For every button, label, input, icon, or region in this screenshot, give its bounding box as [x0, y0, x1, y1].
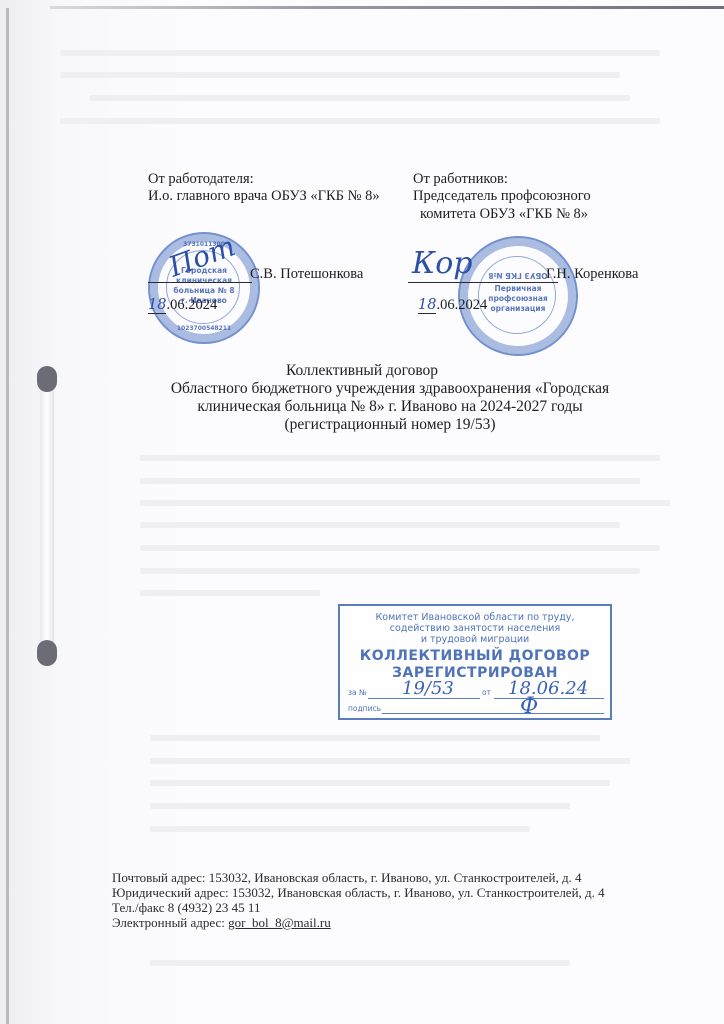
union-signature-line — [408, 282, 558, 283]
page-edge-left — [6, 8, 9, 1024]
email-line: Электронный адрес: gor_bol_8@mail.ru — [112, 915, 331, 930]
employees-label: От работников: — [413, 171, 508, 188]
document-title: Коллективный договор — [0, 362, 724, 379]
employer-date: 18.06.2024 — [148, 297, 217, 314]
email-link[interactable]: gor_bol_8@mail.ru — [228, 915, 331, 930]
union-date: 18.06.2024 — [418, 297, 487, 314]
employees-position-line2: комитета ОБУЗ «ГКБ № 8» — [420, 206, 588, 223]
document-title-line3: клиническая больница № 8» г. Иваново на … — [0, 398, 724, 415]
postal-address: Почтовый адрес: 153032, Ивановская облас… — [112, 870, 582, 885]
registration-stamp: Комитет Ивановской области по труду, сод… — [338, 604, 612, 720]
registrar-signature: Ф — [520, 694, 538, 719]
employer-position: И.о. главного врача ОБУЗ «ГКБ № 8» — [148, 188, 380, 205]
employer-signature-line — [148, 282, 252, 283]
employer-signer-name: С.В. Потешонкова — [250, 266, 363, 283]
scanned-page: От работодателя: И.о. главного врача ОБУ… — [0, 0, 724, 1024]
union-seal: ОБУЗ ГКБ №8 Первичная профсоюзная органи… — [458, 236, 578, 356]
document-title-line2: Областного бюджетного учреждения здравоо… — [0, 380, 724, 397]
union-signer-name: Г.Н. Коренкова — [546, 266, 638, 283]
legal-address: Юридический адрес: 153032, Ивановская об… — [112, 885, 605, 900]
employees-position-line1: Председатель профсоюзного — [413, 188, 591, 205]
union-signature: Кор — [412, 246, 472, 281]
phone-fax: Тел./факс 8 (4932) 23 45 11 — [112, 900, 260, 915]
employer-label: От работодателя: — [148, 171, 254, 188]
page-edge-top — [50, 6, 724, 9]
registration-number: (регистрационный номер 19/53) — [0, 416, 724, 433]
